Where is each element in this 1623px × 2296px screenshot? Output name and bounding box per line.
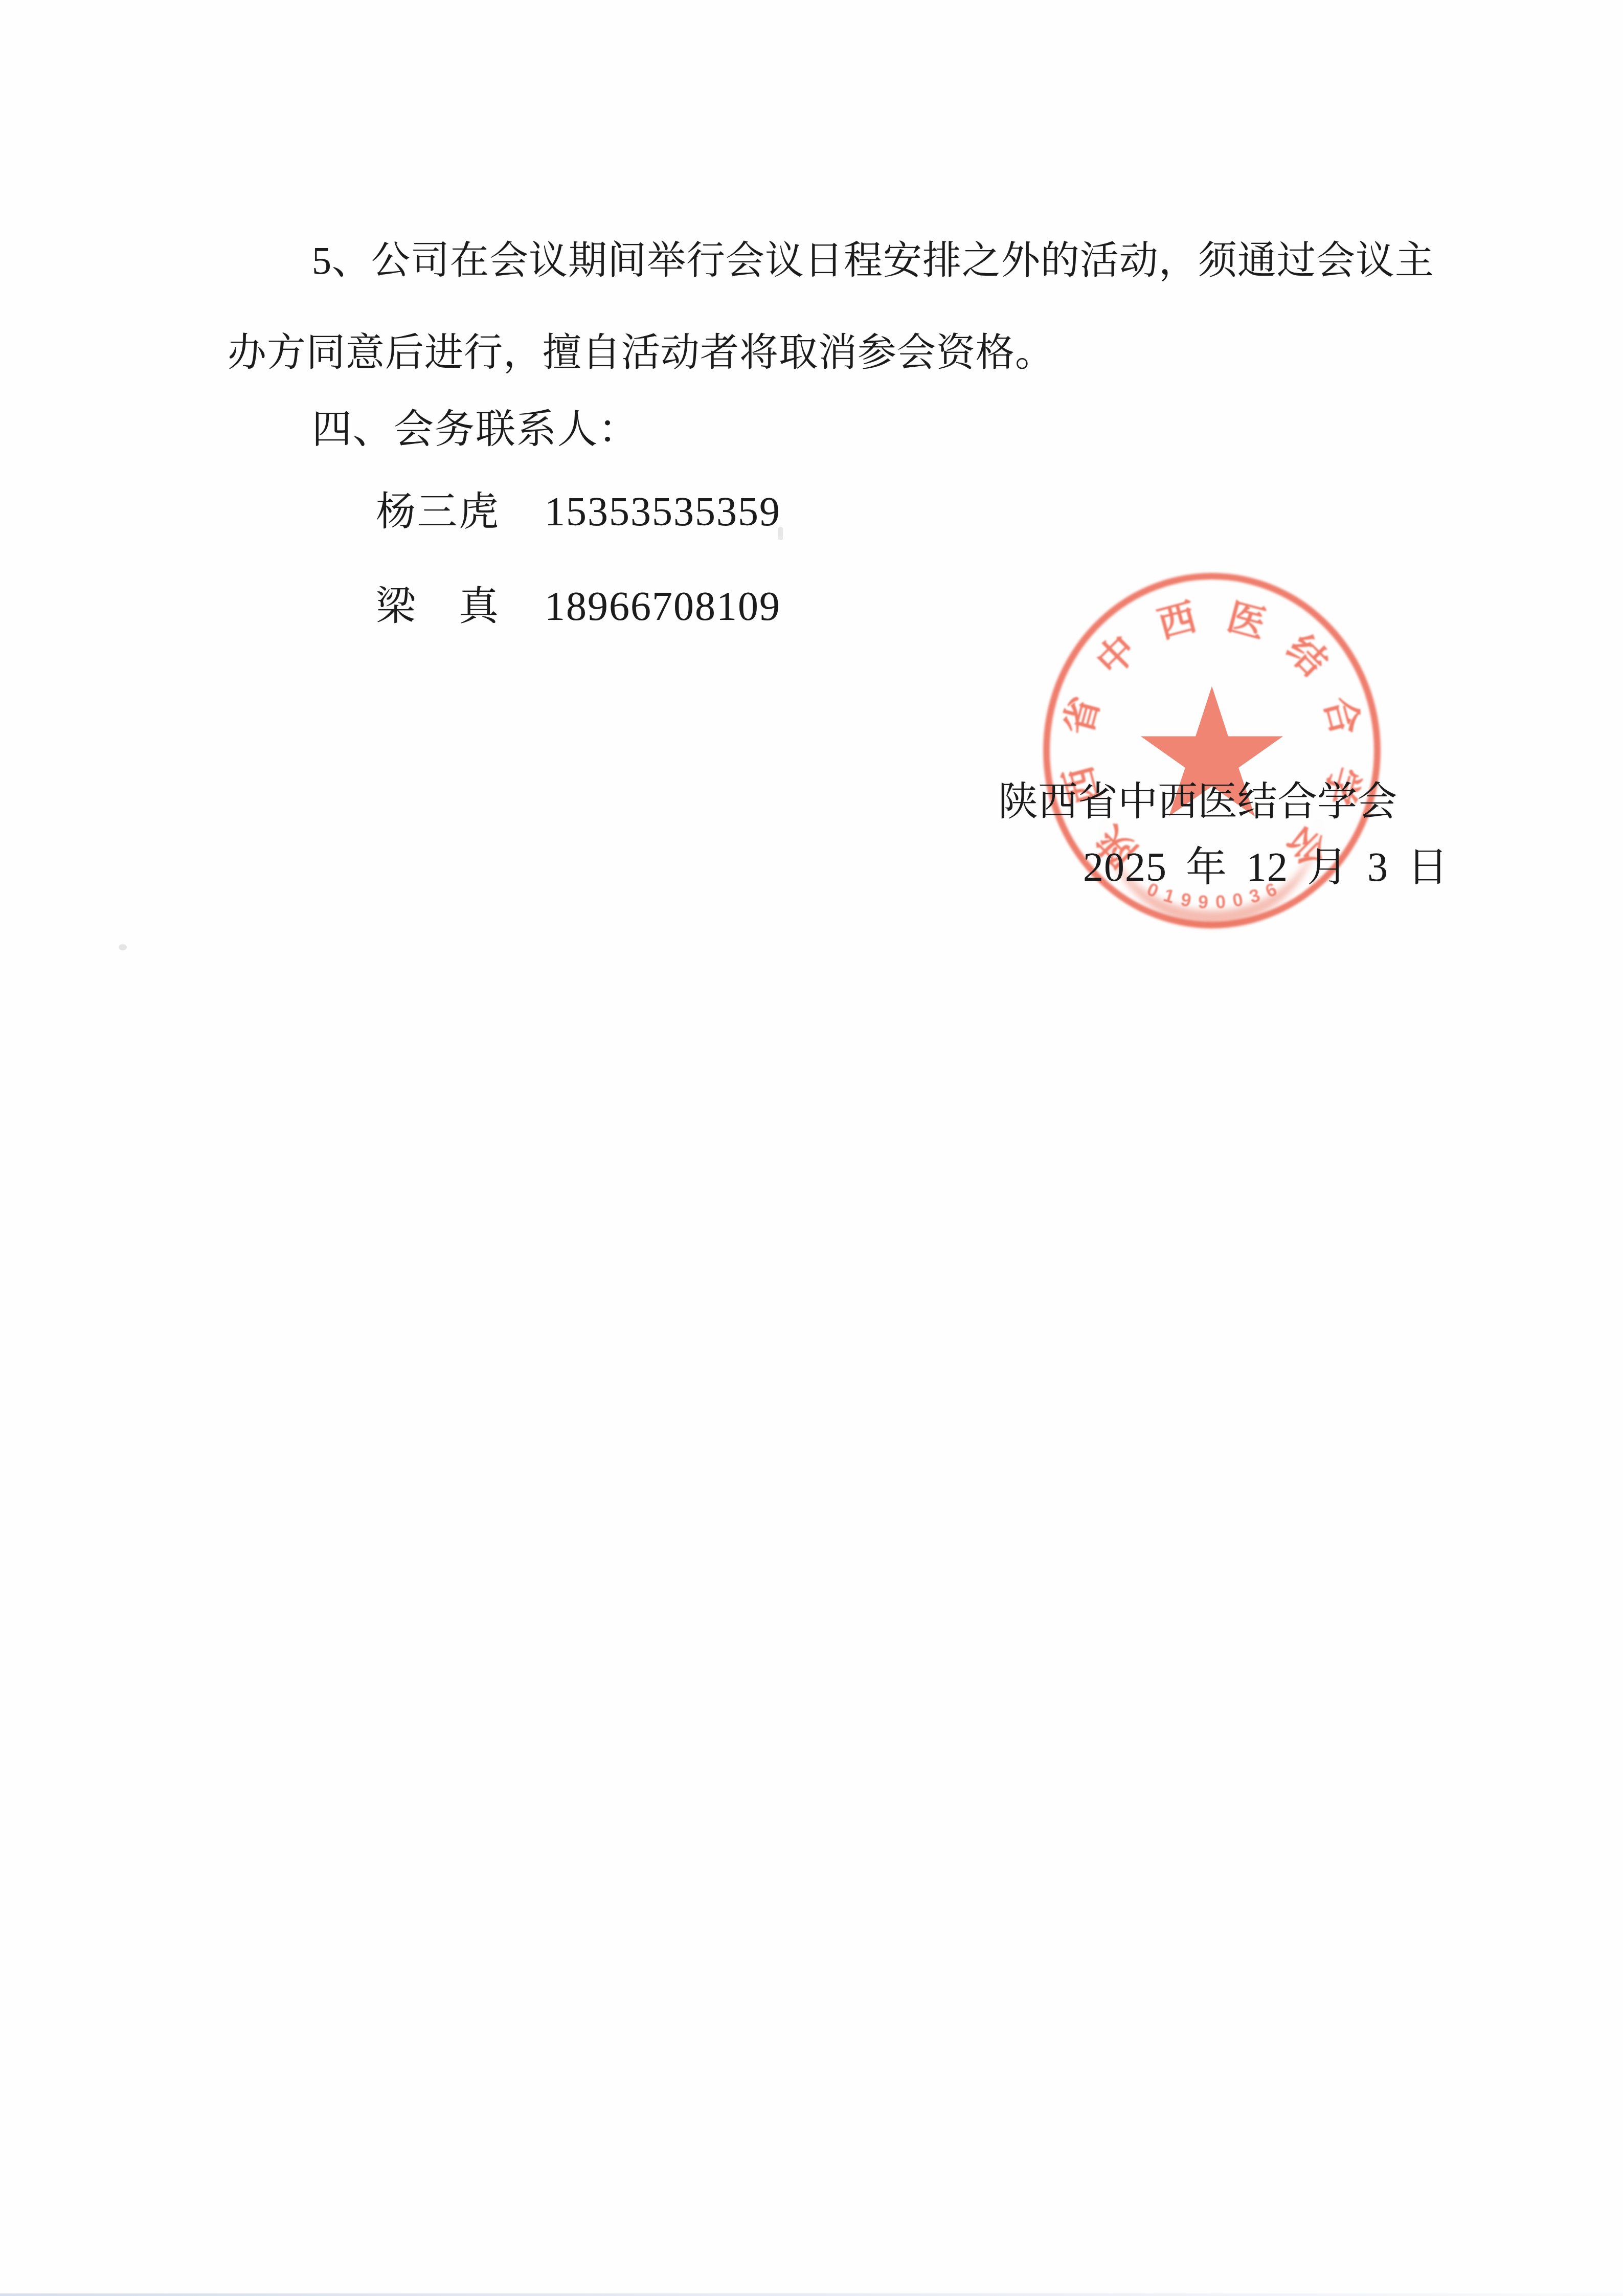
scan-artifact-dot	[778, 527, 783, 540]
signature-organization: 陕西省中西医结合学会	[998, 778, 1397, 826]
section-heading: 四、会务联系人：	[312, 407, 639, 453]
paragraph-item-5: 5、公司在会议期间举行会议日程安排之外的活动，须通过会议主 办方同意后进行，擅自…	[228, 215, 1465, 399]
contact-phone: 18966708109	[545, 583, 781, 630]
scan-artifact-dot	[119, 944, 127, 950]
contact-row: 梁 真18966708109	[376, 583, 781, 630]
document-page: 5、公司在会议期间举行会议日程安排之外的活动，须通过会议主 办方同意后进行，擅自…	[0, 0, 1623, 2296]
contact-phone: 15353535359	[545, 488, 781, 536]
paragraph-line: 办方同意后进行，擅自活动者将取消参会资格。	[228, 307, 1465, 399]
signature-date: 2025 年 12 月 3 日	[1083, 843, 1449, 892]
contact-name: 梁 真	[376, 583, 545, 630]
contact-name: 杨三虎	[376, 488, 545, 536]
scan-edge-artifact	[0, 2293, 1623, 2296]
paragraph-line: 5、公司在会议期间举行会议日程安排之外的活动，须通过会议主	[312, 215, 1465, 307]
contact-row: 杨三虎15353535359	[376, 488, 781, 536]
